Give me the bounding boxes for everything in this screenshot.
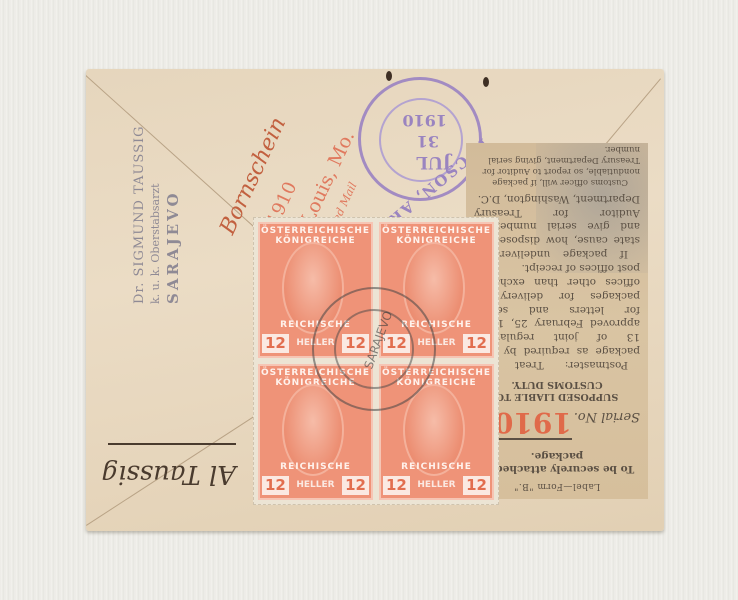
stamp-bottom-text: REICHISCHE (260, 320, 371, 330)
stamp-value: 12 (342, 334, 369, 353)
envelope-back: Dr. SIGMUND TAUSSIG k. u. k. Oberstabsar… (86, 69, 664, 531)
tear-mark (386, 71, 392, 81)
purple-receiving-postmark: TUCSON, ARIZ. JUL 31 1910 (358, 77, 482, 201)
stamp-bottom-text: REICHISCHE (381, 462, 492, 472)
stamp-unit: HELLER (296, 338, 334, 348)
stamp: ÖSTERREICHISCHE KÖNIGREICHE REICHISCHE 1… (379, 364, 494, 500)
customs-officer-note: Customs officer will, if package nonduti… (474, 143, 640, 187)
stamp-value-row: 12 HELLER 12 (262, 475, 369, 495)
stamp-value-row: 12 HELLER 12 (383, 475, 490, 495)
stamp-value: 12 (262, 476, 289, 495)
manuscript-text: Al Taussig (101, 459, 236, 489)
purple-postmark-year: 1910 (402, 111, 447, 130)
stamp-value-row: 12 HELLER 12 (383, 333, 490, 353)
stamp-unit: HELLER (417, 338, 455, 348)
sender-name: Dr. SIGMUND TAUSSIG (131, 125, 149, 304)
stamp-value: 12 (342, 476, 369, 495)
stamp-block-of-four: ÖSTERREICHISCHE KÖNIGREICHE REICHISCHE 1… (253, 217, 499, 505)
serial-label: Serial No. (574, 409, 640, 424)
stamp-value: 12 (262, 334, 289, 353)
stamp-value: 12 (383, 476, 410, 495)
stamp-bottom-text: REICHISCHE (260, 462, 371, 472)
stamp-value: 12 (463, 334, 490, 353)
stamp: ÖSTERREICHISCHE KÖNIGREICHE REICHISCHE 1… (258, 364, 373, 500)
stamp-value: 12 (383, 334, 410, 353)
stamp: ÖSTERREICHISCHE KÖNIGREICHE REICHISCHE 1… (379, 222, 494, 358)
stamp-value: 12 (463, 476, 490, 495)
purple-postmark-day: 31 (417, 132, 439, 151)
stamp-unit: HELLER (417, 480, 455, 490)
sender-title: k. u. k. Oberstabsarzt (149, 125, 164, 304)
stamp-value-row: 12 HELLER 12 (262, 333, 369, 353)
stamp-unit: HELLER (296, 480, 334, 490)
tear-mark (483, 77, 489, 87)
flap-fold-right (602, 78, 661, 148)
signature-underline (108, 443, 236, 445)
stamp: ÖSTERREICHISCHE KÖNIGREICHE REICHISCHE 1… (258, 222, 373, 358)
stamp-bottom-text: REICHISCHE (381, 320, 492, 330)
purple-postmark-month: JUL (416, 152, 451, 172)
manuscript-signature: Al Taussig (96, 429, 236, 489)
